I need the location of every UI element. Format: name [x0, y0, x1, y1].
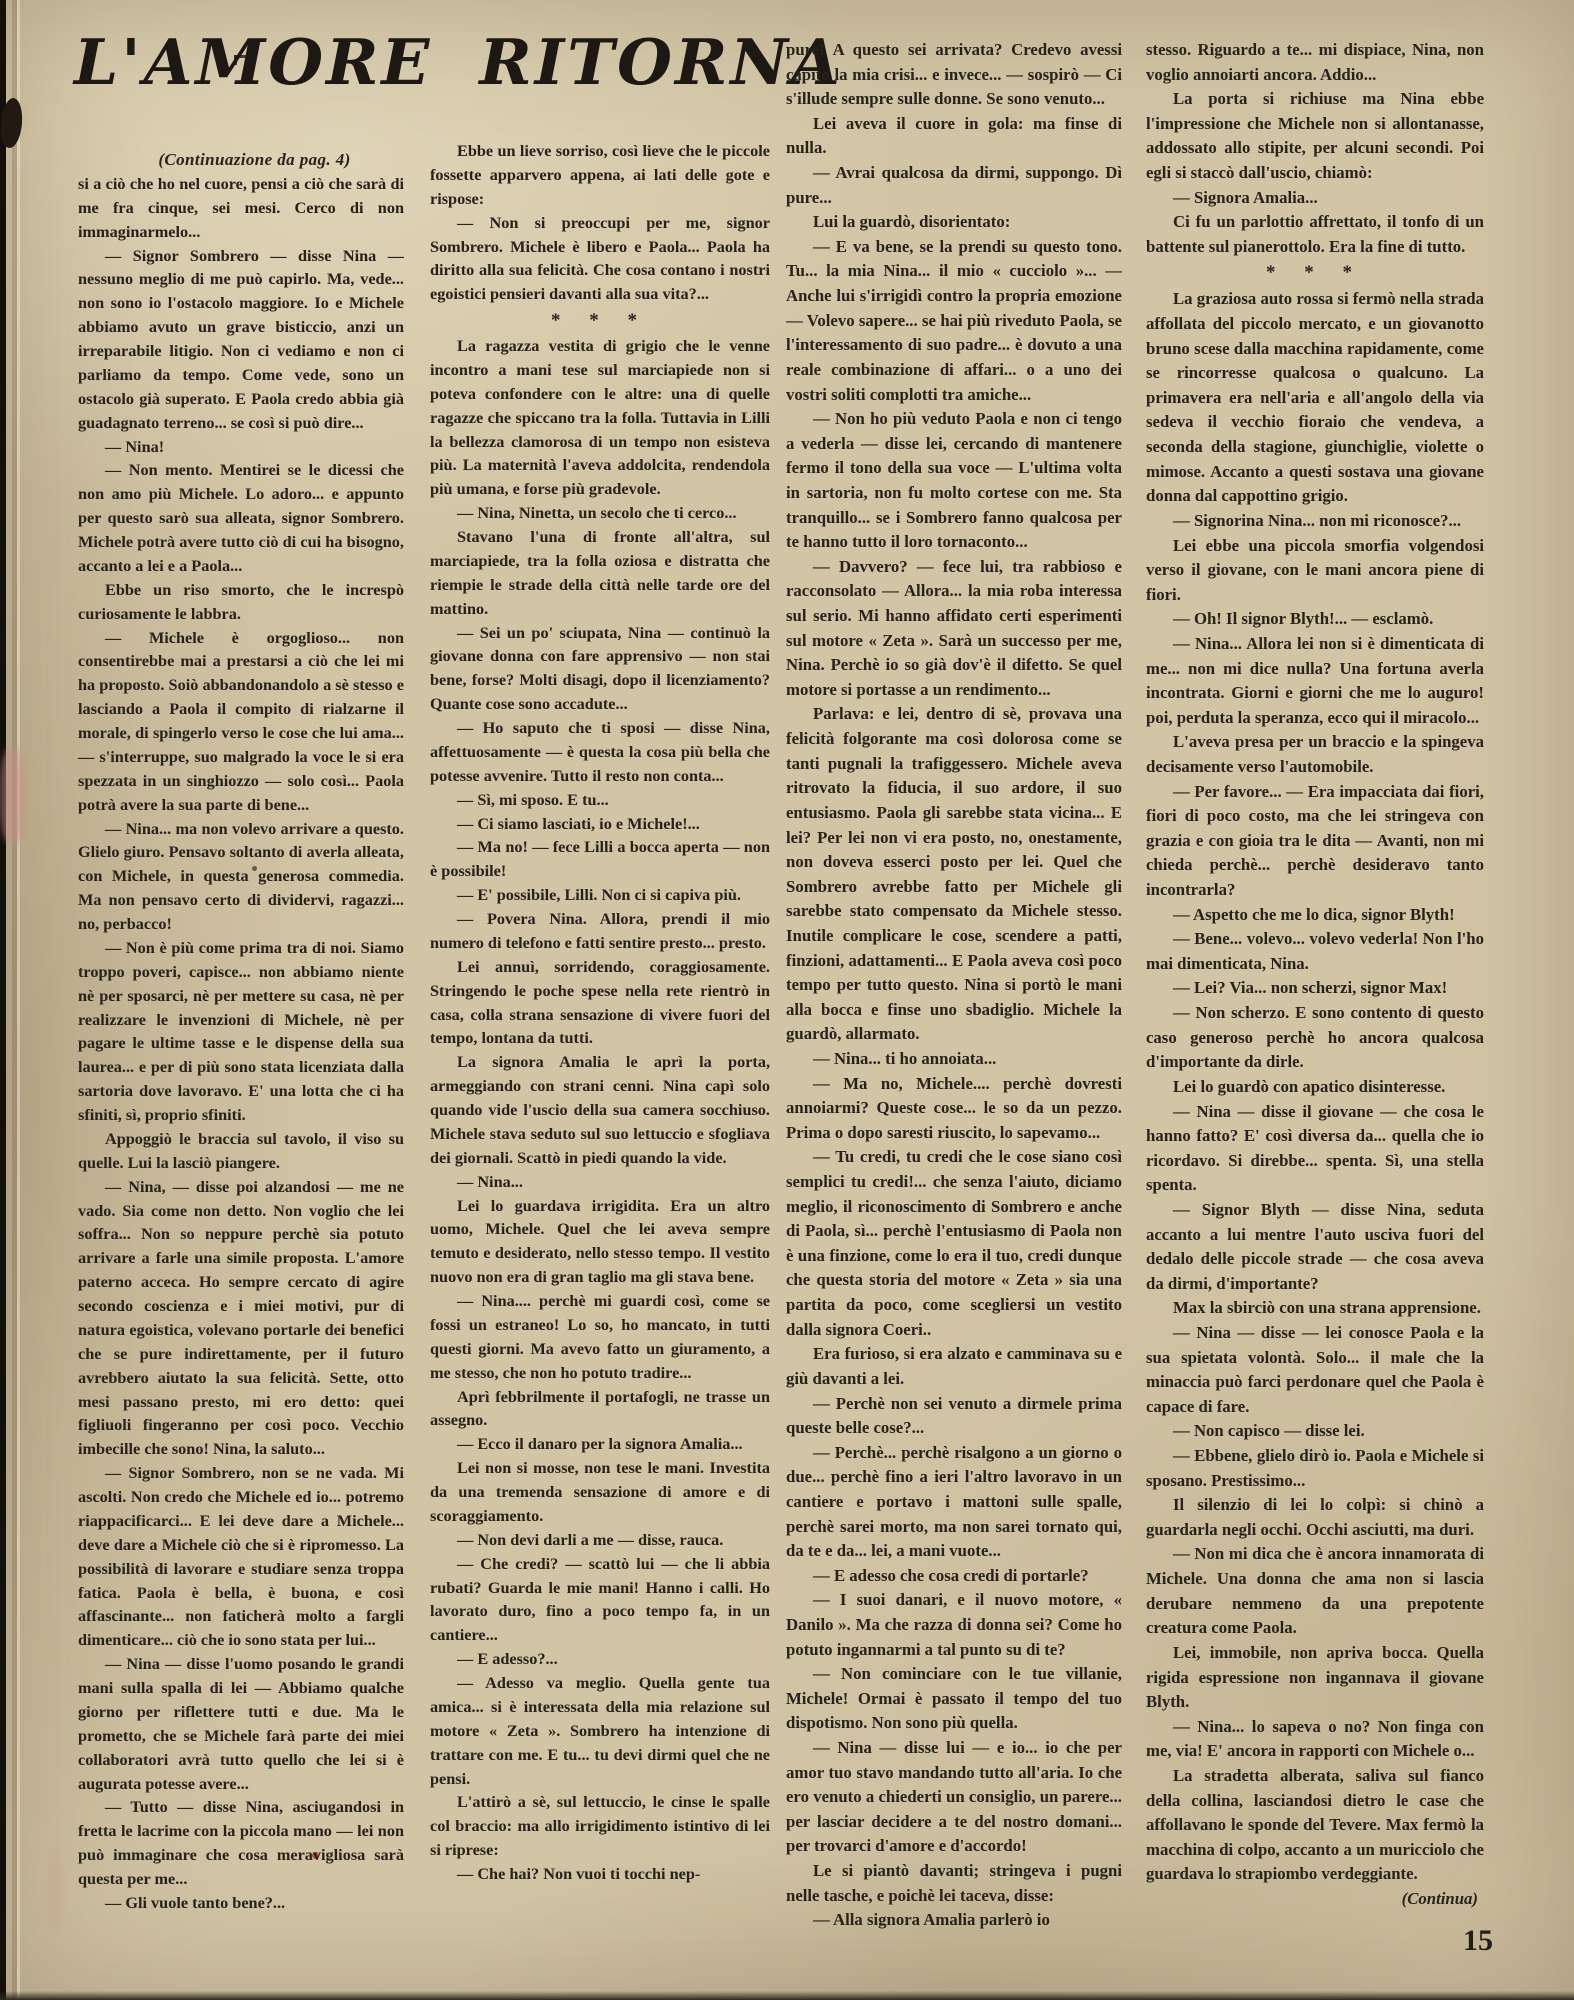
paragraph: — Ma no, Michele.... perchè dovresti ann…: [786, 1072, 1122, 1146]
paragraph: Ci fu un parlottio affrettato, il tonfo …: [1146, 210, 1484, 259]
paragraph: — Nina — disse lui — e io... io che per …: [786, 1736, 1122, 1859]
continuation-note: (Continuazione da pag. 4): [78, 148, 404, 173]
paragraph: — Per favore... — Era impacciata dai fio…: [1146, 780, 1484, 903]
paragraph: Lei annuì, sorridendo, coraggiosamente. …: [430, 956, 770, 1052]
paragraph: — Aspetto che me lo dica, signor Blyth!: [1146, 903, 1484, 928]
paragraph: — Che hai? Non vuoi ti tocchi nep-: [430, 1863, 770, 1887]
paragraph: Lei lo guardò con apatico disinteresse.: [1146, 1075, 1484, 1100]
text-column-4: stesso. Riguardo a te... mi dispiace, Ni…: [1146, 38, 1484, 1942]
paragraph: pure! A questo sei arrivata? Credevo ave…: [786, 38, 1122, 112]
paragraph: — Gli vuole tanto bene?...: [78, 1892, 404, 1916]
paragraph: — Adesso va meglio. Quella gente tua ami…: [430, 1672, 770, 1791]
paragraph: — Signorina Nina... non mi riconosce?...: [1146, 509, 1484, 534]
paragraph: — Michele è orgoglioso... non consentire…: [78, 627, 404, 818]
paragraph: — Perchè... perchè risalgono a un giorno…: [786, 1441, 1122, 1564]
paragraph: — Nina...: [430, 1171, 770, 1195]
paragraph: — Nina.... perchè mi guardi così, come s…: [430, 1290, 770, 1386]
paragraph: — Oh! Il signor Blyth!... — esclamò.: [1146, 607, 1484, 632]
paragraph: — Sei un po' sciupata, Nina — continuò l…: [430, 622, 770, 718]
paragraph: Il silenzio di lei lo colpì: si chinò a …: [1146, 1493, 1484, 1542]
paragraph: — Nina — disse l'uomo posando le grandi …: [78, 1653, 404, 1796]
binding-crease-highlight: [17, 0, 20, 2000]
paragraph: — Nina, Ninetta, un secolo che ti cerco.…: [430, 502, 770, 526]
paragraph: — Signor Blyth — disse Nina, seduta acca…: [1146, 1198, 1484, 1296]
paragraph: — Nina!: [78, 436, 404, 460]
paragraph: stesso. Riguardo a te... mi dispiace, Ni…: [1146, 38, 1484, 87]
paragraph: — Non mi dica che è ancora innamorata di…: [1146, 1542, 1484, 1640]
paragraph: Stavano l'una di fronte all'altra, sul m…: [430, 526, 770, 622]
paragraph: — Nina... Allora lei non si è dimenticat…: [1146, 632, 1484, 730]
paragraph: Lui la guardò, disorientato:: [786, 210, 1122, 235]
paragraph: — Che credi? — scattò lui — che li abbia…: [430, 1553, 770, 1649]
paragraph: — Bene... volevo... volevo vederla! Non …: [1146, 927, 1484, 976]
paragraph: — Avrai qualcosa da dirmi, suppongo. Dì …: [786, 161, 1122, 210]
paragraph: — Nina... ma non volevo arrivare a quest…: [78, 818, 404, 937]
text-column-1: (Continuazione da pag. 4) si a ciò che h…: [78, 148, 404, 1926]
paragraph: — Povera Nina. Allora, prendi il mio num…: [430, 908, 770, 956]
paragraph: Era furioso, si era alzato e camminava s…: [786, 1342, 1122, 1391]
paragraph: — Tu credi, tu credi che le cose siano c…: [786, 1145, 1122, 1342]
magazine-page: L'AMORE RITORNA (Continuazione da pag. 4…: [0, 0, 1574, 2000]
text-column-3: pure! A questo sei arrivata? Credevo ave…: [786, 38, 1122, 1940]
paragraph: Lei, immobile, non apriva bocca. Quella …: [1146, 1641, 1484, 1715]
page-number: 15: [1446, 1924, 1510, 1958]
paragraph: La ragazza vestita di grigio che le venn…: [430, 335, 770, 502]
pink-smudge: [0, 748, 25, 844]
paragraph: Appoggiò le braccia sul tavolo, il viso …: [78, 1128, 404, 1176]
section-separator: * * *: [1146, 259, 1484, 287]
paragraph: — Davvero? — fece lui, tra rabbioso e ra…: [786, 555, 1122, 703]
paragraph: — Ebbene, glielo dirò io. Paola e Michel…: [1146, 1444, 1484, 1493]
paragraph: — Nina — disse — lei conosce Paola e la …: [1146, 1321, 1484, 1419]
paragraph: — Ho saputo che ti sposi — disse Nina, a…: [430, 717, 770, 789]
paragraph: Ebbe un riso smorto, che le increspò cur…: [78, 579, 404, 627]
paragraph: — Signor Sombrero — disse Nina — nessuno…: [78, 245, 404, 436]
paragraph: La signora Amalia le aprì la porta, arme…: [430, 1051, 770, 1170]
paragraph: Ebbe un lieve sorriso, così lieve che le…: [430, 140, 770, 212]
paragraph: — Lei? Via... non scherzi, signor Max!: [1146, 976, 1484, 1001]
scan-edge-strip: [0, 0, 6, 2000]
paragraph: — Sì, mi sposo. E tu...: [430, 789, 770, 813]
paragraph: — Nina, — disse poi alzandosi — me ne va…: [78, 1176, 404, 1463]
text-column-2: Ebbe un lieve sorriso, così lieve che le…: [430, 140, 770, 1942]
paragraph: — Non ho più veduto Paola e non ci tengo…: [786, 407, 1122, 555]
paragraph: — Non mento. Mentirei se le dicessi che …: [78, 459, 404, 578]
paragraph: L'aveva presa per un braccio e la spinge…: [1146, 730, 1484, 779]
paragraph: — Non è più come prima tra di noi. Siamo…: [78, 937, 404, 1128]
paragraph: — Ecco il danaro per la signora Amalia..…: [430, 1433, 770, 1457]
paragraph: — E' possibile, Lilli. Non ci si capiva …: [430, 884, 770, 908]
paragraph: Max la sbirciò con una strana apprension…: [1146, 1296, 1484, 1321]
paragraph: Lei ebbe una piccola smorfia volgendosi …: [1146, 534, 1484, 608]
paragraph: — Non devi darli a me — disse, rauca.: [430, 1529, 770, 1553]
pink-smudge: [48, 1848, 62, 1930]
paragraph: — Alla signora Amalia parlerò io: [786, 1908, 1122, 1933]
section-separator: * * *: [430, 307, 770, 335]
continua-note: (Continua): [1146, 1887, 1484, 1912]
page-bottom-shadow: [0, 1991, 1574, 2000]
paragraph: — Tutto — disse Nina, asciugandosi in fr…: [78, 1796, 404, 1892]
page-title: L'AMORE RITORNA: [74, 28, 754, 97]
paragraph: La stradetta alberata, saliva sul fianco…: [1146, 1764, 1484, 1887]
paragraph: — Non si preoccupi per me, signor Sombre…: [430, 212, 770, 308]
paragraph: — Perchè non sei venuto a dirmele prima …: [786, 1392, 1122, 1441]
paragraph: Parlava: e lei, dentro di sè, provava un…: [786, 702, 1122, 1047]
paragraph: — Non capisco — disse lei.: [1146, 1419, 1484, 1444]
paragraph: si a ciò che ho nel cuore, pensi a ciò c…: [78, 173, 404, 245]
paragraph: Lei lo guardava irrigidita. Era un altro…: [430, 1195, 770, 1291]
paragraph: — Ma no! — fece Lilli a bocca aperta — n…: [430, 836, 770, 884]
paragraph: — Nina — disse il giovane — che cosa le …: [1146, 1100, 1484, 1198]
paragraph: — I suoi danari, e il nuovo motore, « Da…: [786, 1588, 1122, 1662]
paragraph: — Non scherzo. E sono contento di questo…: [1146, 1001, 1484, 1075]
paragraph: — Signora Amalia...: [1146, 186, 1484, 211]
paragraph: — Nina... ti ho annoiata...: [786, 1047, 1122, 1072]
paragraph: Le si piantò davanti; stringeva i pugni …: [786, 1859, 1122, 1908]
paragraph: L'attirò a sè, sul lettuccio, le cinse l…: [430, 1791, 770, 1863]
paragraph: — E adesso che cosa credi di portarle?: [786, 1564, 1122, 1589]
paragraph: Lei aveva il cuore in gola: ma finse di …: [786, 112, 1122, 161]
paragraph: Lei non si mosse, non tese le mani. Inve…: [430, 1457, 770, 1529]
paragraph: — E va bene, se la prendi su questo tono…: [786, 235, 1122, 407]
paragraph: — Signor Sombrero, non se ne vada. Mi as…: [78, 1462, 404, 1653]
paragraph: La graziosa auto rossa si fermò nella st…: [1146, 287, 1484, 508]
paragraph: — Ci siamo lasciati, io e Michele!...: [430, 813, 770, 837]
paragraph: La porta si richiuse ma Nina ebbe l'impr…: [1146, 87, 1484, 185]
paragraph: — Non cominciare con le tue villanie, Mi…: [786, 1662, 1122, 1736]
paragraph: Aprì febbrilmente il portafogli, ne tras…: [430, 1386, 770, 1434]
paragraph: — Nina... lo sapeva o no? Non finga con …: [1146, 1715, 1484, 1764]
paragraph: — E adesso?...: [430, 1648, 770, 1672]
